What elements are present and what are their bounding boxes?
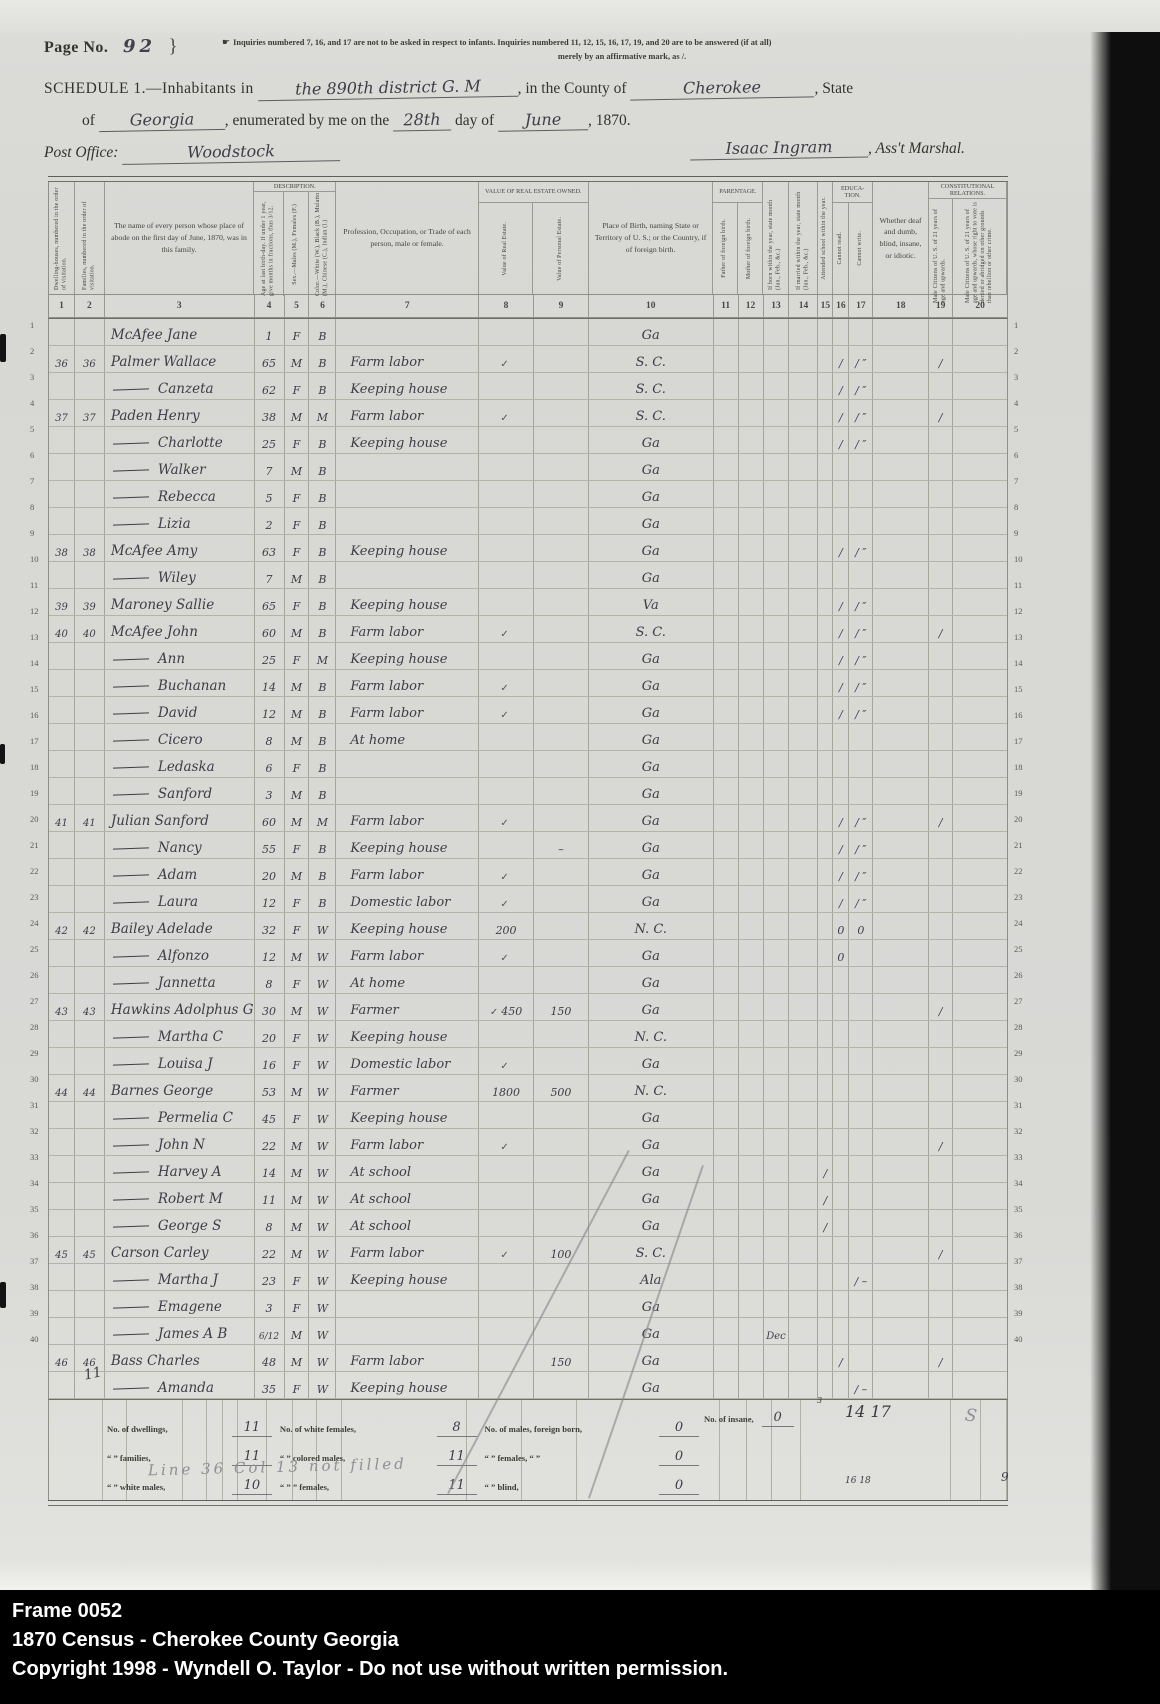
cell-name: Rebecca [105, 481, 255, 507]
right-row-number: 2 [1014, 346, 1018, 356]
cell-school-mark [818, 1372, 833, 1398]
cell-age: 22 [262, 1248, 276, 1261]
cell-name: Ledaska [105, 751, 255, 777]
right-row-number: 24 [1014, 918, 1023, 928]
cell-family-number: 39 [83, 602, 96, 613]
page-number-label: Page No. [44, 39, 108, 56]
cell-age: 20 [262, 870, 276, 883]
cell-cannot-read-mark: / [833, 886, 849, 912]
cell-birthplace: Ga [589, 454, 714, 480]
person-name: Nancy [158, 840, 202, 856]
cell [953, 1318, 1007, 1344]
cell-school-mark [818, 859, 833, 885]
column-number: 12 [739, 295, 764, 317]
column-number: 8 [479, 295, 534, 317]
column-header-5: Sex.—Males (M.), Females (F.) [284, 192, 309, 296]
right-row-number: 30 [1014, 1074, 1023, 1084]
cell-school-mark [818, 427, 833, 453]
cell-family-number [75, 643, 105, 669]
right-row-number: 8 [1014, 502, 1018, 512]
table-row: 3737Paden Henry38MMFarm labor✓S. C.// ″/ [49, 400, 1007, 427]
cell-real-estate: ✓ [479, 859, 534, 885]
cell-cannot-read-mark [833, 967, 849, 993]
cell-personal-estate [534, 589, 589, 615]
cell-cannot-read-mark [833, 1021, 849, 1047]
column-group: VALUE OF REAL ESTATE OWNED.Value of Real… [479, 182, 589, 294]
check-mark: ✓ [500, 1250, 508, 1261]
cell-citizen-mark [929, 778, 953, 804]
cell-dwelling-number [49, 1210, 75, 1236]
cell-cannot-write-mark: / ″ [855, 384, 866, 397]
pointing-hand-icon: ☛ [222, 38, 230, 48]
column-number: 9 [534, 295, 589, 317]
cell-sex: F [293, 762, 301, 775]
occupation-text: Keeping house [350, 598, 447, 613]
cell-family-number [75, 697, 105, 723]
cell-family-number: 37 [75, 400, 105, 426]
cell [714, 994, 739, 1020]
left-row-number: 32 [30, 1126, 39, 1136]
cell-real-estate: ✓ [479, 616, 534, 642]
cell-dwelling-number [49, 1129, 75, 1155]
cell [789, 481, 818, 507]
cell-personal-estate [534, 1102, 589, 1128]
column-header-label: If born within the year, state month (Ja… [768, 186, 783, 290]
left-row-number: 14 [30, 658, 39, 668]
cell-color: W [309, 1048, 336, 1074]
cell-age: 30 [262, 1005, 276, 1018]
cell-age: 38 [262, 411, 276, 424]
cell-birthplace: Ga [642, 1165, 660, 1180]
occupation-text: Keeping house [350, 382, 447, 397]
cell [873, 346, 929, 372]
person-name: George S [158, 1218, 222, 1234]
cell-name: McAfee Jane [105, 319, 255, 345]
cell-birthplace: Ga [589, 778, 714, 804]
cell [873, 832, 929, 858]
cell-cannot-write-mark: / ″ [849, 859, 873, 885]
cell [739, 508, 764, 534]
cell-age: 14 [262, 1167, 276, 1180]
cell-cannot-read-mark [833, 1102, 849, 1128]
cell-school-mark [818, 994, 833, 1020]
cell [739, 589, 764, 615]
cell-cannot-write-mark [849, 319, 873, 345]
cell-sex: F [285, 913, 310, 939]
person-name: Sanford [158, 786, 212, 802]
cell-citizen-mark [929, 913, 953, 939]
cell-birth-month [764, 724, 790, 750]
cell-citizen-mark [929, 859, 953, 885]
occupation-text: Farm labor [350, 814, 423, 829]
cell-sex: F [285, 1048, 310, 1074]
cell-sex: F [285, 886, 310, 912]
cell-occupation: At school [336, 1156, 479, 1182]
cell-sex: F [285, 967, 310, 993]
cell-sex: F [293, 897, 301, 910]
cell [739, 1156, 764, 1182]
left-row-number: 40 [30, 1334, 39, 1344]
cell-cannot-read-mark: / [839, 600, 843, 613]
cell-age: 48 [255, 1345, 285, 1371]
cell-cannot-read-mark: 0 [833, 913, 849, 939]
person-name: Martha C [158, 1029, 223, 1045]
cell-citizen-mark [929, 535, 953, 561]
cell-age: 16 [262, 1059, 276, 1072]
cell-age: 7 [266, 573, 273, 586]
cell [714, 1264, 739, 1290]
cell-cannot-read-mark: 0 [837, 951, 844, 964]
cell-occupation: Keeping house [336, 643, 479, 669]
column-header-11: Father of foreign birth. [713, 203, 738, 294]
cell [873, 1048, 929, 1074]
cell-color: B [309, 346, 336, 372]
cell-school-mark [818, 1075, 833, 1101]
person-name: Palmer Wallace [111, 354, 216, 370]
cell-personal-estate [534, 454, 589, 480]
cell-occupation: Farm labor [336, 670, 479, 696]
cell-family-number: 38 [75, 535, 105, 561]
cell [714, 832, 739, 858]
cell [873, 427, 929, 453]
tally-pencil-mark: 14 17 [845, 1402, 891, 1421]
cell-birthplace: N. C. [635, 1084, 667, 1099]
cell-dwelling-number [49, 562, 75, 588]
cell-personal-estate [534, 913, 589, 939]
cell-family-number: 37 [83, 413, 96, 424]
schedule-prefix: SCHEDULE 1.—Inhabitants in [44, 80, 254, 97]
cell [714, 778, 739, 804]
cell [953, 373, 1007, 399]
table-row: Nancy55FBKeeping house–Ga// ″ [49, 832, 1007, 859]
inquiries-note-line1: Inquiries numbered 7, 16, and 17 are not… [233, 38, 771, 47]
cell-color: W [317, 1356, 328, 1369]
cell [714, 1102, 739, 1128]
cell-sex: F [293, 1113, 301, 1126]
cell-real-estate [479, 1156, 534, 1182]
ditto-dash [113, 982, 149, 984]
cell-dwelling-number: 40 [55, 629, 68, 640]
scan-edge-artifact [0, 744, 5, 764]
cell-sex: F [293, 384, 301, 397]
cell-cannot-read-mark: / [839, 708, 843, 721]
cell-cannot-write-mark: / ″ [855, 411, 866, 424]
ditto-dash [113, 658, 149, 660]
cell-cannot-write-mark [849, 751, 873, 777]
column-header-16: Cannot read. [833, 203, 849, 294]
cell [739, 535, 764, 561]
cell [953, 724, 1007, 750]
cell-cannot-read-mark [833, 1210, 849, 1236]
cell-citizen-mark: / [939, 357, 943, 370]
person-name: Alfonzo [158, 948, 209, 964]
cell-personal-estate: – [534, 832, 589, 858]
cell-family-number: 36 [75, 346, 105, 372]
cell-birthplace: N. C. [589, 1021, 714, 1047]
cell-age: 23 [262, 1275, 276, 1288]
table-row: Charlotte25FBKeeping houseGa// ″ [49, 427, 1007, 454]
cell-dwelling-number: 41 [55, 818, 68, 829]
cell-sex: F [285, 481, 310, 507]
right-row-number: 5 [1014, 424, 1018, 434]
cell-occupation: At home [336, 724, 479, 750]
right-row-number: 31 [1014, 1100, 1023, 1110]
ditto-dash [113, 1279, 149, 1281]
cell-school-mark [818, 1291, 833, 1317]
occupation-text: Keeping house [350, 652, 447, 667]
cell-personal-estate [534, 859, 589, 885]
table-row: Laura12FBDomestic labor✓Ga// ″ [49, 886, 1007, 913]
cell-cannot-write-mark [849, 1129, 873, 1155]
cell-dwelling-number [49, 427, 75, 453]
column-header-label: If married within the year, state month … [796, 186, 811, 290]
right-row-number: 25 [1014, 944, 1023, 954]
cell-personal-estate [534, 1048, 589, 1074]
cell [953, 1102, 1007, 1128]
cell-cannot-read-mark: / [839, 546, 843, 559]
ditto-dash [113, 1387, 149, 1389]
cell-cannot-read-mark: / [833, 346, 849, 372]
cell-color: W [317, 1113, 328, 1126]
column-group-label: VALUE OF REAL ESTATE OWNED. [479, 182, 588, 203]
footer-cell [981, 1400, 1007, 1500]
cell-personal-estate [534, 643, 589, 669]
cell [873, 994, 929, 1020]
cell [873, 643, 929, 669]
cell-cannot-write-mark: / ″ [855, 438, 866, 451]
cell [953, 562, 1007, 588]
cell-personal-estate: – [558, 843, 564, 856]
cell-birth-month [764, 535, 790, 561]
ditto-dash [113, 1036, 149, 1038]
cell-sex: M [291, 411, 302, 424]
caption-bar: Frame 0052 1870 Census - Cherokee County… [0, 1590, 1160, 1704]
cell-color: W [317, 1221, 328, 1234]
cell [789, 1372, 818, 1398]
cell-dwelling-number: 42 [55, 926, 68, 937]
cell-color: W [317, 1167, 328, 1180]
cell-cannot-read-mark: / [833, 832, 849, 858]
cell [789, 1183, 818, 1209]
column-group: EDUCA-TION.Cannot read.Cannot write. [833, 182, 873, 294]
cell-name: Wiley [105, 562, 255, 588]
person-name: Emagene [158, 1299, 222, 1315]
tally-pencil-mark: 9 [1001, 1470, 1009, 1484]
cell [873, 1237, 929, 1263]
cell-cannot-read-mark: / [839, 654, 843, 667]
cell-age: 3 [266, 1302, 273, 1315]
cell-birthplace: N. C. [635, 922, 667, 937]
cell-age: 8 [266, 735, 273, 748]
table-row: McAfee Jane1FBGa [49, 319, 1007, 346]
cell-dwelling-number: 36 [55, 359, 68, 370]
cell [873, 535, 929, 561]
cell-birthplace: S. C. [589, 400, 714, 426]
cell-color: M [309, 400, 336, 426]
occupation-text: Farmer [350, 1003, 398, 1018]
cell-birth-month [764, 1129, 790, 1155]
cell-sex: M [285, 1183, 310, 1209]
cell-birth-month [764, 508, 790, 534]
cell-real-estate [479, 562, 534, 588]
cell-color: B [309, 427, 336, 453]
cell-cannot-read-mark [833, 1372, 849, 1398]
cell-school-mark [818, 1129, 833, 1155]
cell [739, 481, 764, 507]
cell-dwelling-number [49, 778, 75, 804]
cell-cannot-read-mark: / [833, 859, 849, 885]
cell-cannot-read-mark [833, 994, 849, 1020]
tally-value: 0 [659, 1449, 699, 1466]
cell-color: W [309, 1345, 336, 1371]
cell-sex: F [285, 427, 310, 453]
cell-school-mark [818, 724, 833, 750]
table-row: Jannetta8FWAt homeGa [49, 967, 1007, 994]
column-header-8: Value of Real Estate. [479, 203, 534, 294]
cell-age: 60 [255, 805, 285, 831]
person-name: Buchanan [158, 678, 226, 694]
left-row-number: 16 [30, 710, 39, 720]
cell-cannot-write-mark: / ″ [849, 535, 873, 561]
cell-family-number [75, 481, 105, 507]
cell-sex: M [285, 1075, 310, 1101]
cell [714, 859, 739, 885]
cell-citizen-mark [929, 1075, 953, 1101]
cell-cannot-read-mark: / [833, 616, 849, 642]
cell-color: W [309, 1264, 336, 1290]
cell [789, 535, 818, 561]
occupation-text: Keeping house [350, 841, 447, 856]
cell-dwelling-number [49, 1021, 75, 1047]
cell [714, 940, 739, 966]
cell-birthplace: Ga [589, 535, 714, 561]
cell-dwelling-number [49, 1264, 75, 1290]
left-row-number: 39 [30, 1308, 39, 1318]
cell-age: 32 [255, 913, 285, 939]
real-estate-value: 1800 [492, 1086, 520, 1099]
cell-color: W [309, 913, 336, 939]
cell-dwelling-number: 39 [49, 589, 75, 615]
occupation-text: At home [350, 733, 405, 748]
table-row: Martha C20FWKeeping houseN. C. [49, 1021, 1007, 1048]
cell-sex: M [291, 1005, 302, 1018]
cell [953, 670, 1007, 696]
occupation-text: Farm labor [350, 949, 423, 964]
cell-birthplace: Ga [589, 1210, 714, 1236]
table-header: Dwelling-houses, numbered in the order o… [48, 182, 1008, 294]
cell-personal-estate [534, 1210, 589, 1236]
person-name: McAfee Amy [111, 543, 197, 559]
cell-personal-estate [534, 1129, 589, 1155]
cell-sex: M [291, 735, 302, 748]
column-header-label: Value of Real Estate. [502, 222, 509, 276]
cell-color: M [317, 654, 328, 667]
right-row-number: 26 [1014, 970, 1023, 980]
marshal-title: , Ass't Marshal. [868, 140, 965, 157]
right-row-number: 4 [1014, 398, 1018, 408]
cell [714, 1318, 739, 1344]
cell-dwelling-number [49, 1372, 75, 1398]
tally-label: “ ” ” females, [280, 1482, 429, 1495]
cell-cannot-read-mark [833, 508, 849, 534]
cell-school-mark: / [824, 1194, 828, 1207]
cell-birth-month [764, 616, 790, 642]
cell-cannot-write-mark: / ″ [849, 697, 873, 723]
cell-age: 12 [262, 951, 276, 964]
cell [789, 805, 818, 831]
cell-cannot-read-mark [833, 1075, 849, 1101]
cell-occupation: Farm labor [336, 1237, 479, 1263]
column-number: 14 [789, 295, 818, 317]
cell-color: W [309, 1156, 336, 1182]
cell-school-mark [818, 1021, 833, 1047]
cell-family-number [75, 373, 105, 399]
cell-citizen-mark: / [929, 1345, 953, 1371]
table-row: Adam20MBFarm labor✓Ga// ″ [49, 859, 1007, 886]
cell-dwelling-number: 37 [49, 400, 75, 426]
left-row-number: 28 [30, 1022, 39, 1032]
cell-personal-estate: 150 [534, 994, 589, 1020]
cell-family-number: 42 [75, 913, 105, 939]
cell [739, 778, 764, 804]
cell [789, 967, 818, 993]
cell-family-number [75, 1102, 105, 1128]
cell [953, 1237, 1007, 1263]
cell-birth-month: Dec [766, 1331, 786, 1342]
cell-name: Maroney Sallie [105, 589, 255, 615]
cell-occupation: At school [336, 1210, 479, 1236]
cell-personal-estate [534, 886, 589, 912]
person-name: Cicero [158, 732, 203, 748]
right-row-number: 28 [1014, 1022, 1023, 1032]
cell-birthplace: Ga [642, 1354, 660, 1369]
cell-dwelling-number [49, 670, 75, 696]
cell-cannot-write-mark [849, 1183, 873, 1209]
cell [739, 373, 764, 399]
cell [873, 1183, 929, 1209]
cell [789, 832, 818, 858]
cell [714, 427, 739, 453]
cell [953, 1372, 1007, 1398]
cell [739, 1075, 764, 1101]
cell-dwelling-number [49, 967, 75, 993]
cell [789, 724, 818, 750]
cell-real-estate: 1800 [479, 1075, 534, 1101]
cell-color: B [309, 886, 336, 912]
cell-occupation [336, 778, 479, 804]
tally-label: No. of males, foreign born, [485, 1424, 651, 1437]
cell-age: 8 [255, 967, 285, 993]
person-name: Lizia [158, 516, 191, 532]
cell-real-estate: ✓ [479, 886, 534, 912]
cell-sex: M [291, 573, 302, 586]
cell-name: Robert M [105, 1183, 255, 1209]
cell-color: B [309, 778, 336, 804]
cell-sex: M [291, 1221, 302, 1234]
cell [714, 616, 739, 642]
cell [714, 589, 739, 615]
cell-name: John N [105, 1129, 255, 1155]
cell-cannot-read-mark [833, 319, 849, 345]
ditto-dash [113, 1171, 149, 1173]
cell-age: 11 [255, 1183, 285, 1209]
cell-family-number: 43 [75, 994, 105, 1020]
cell-birth-month [764, 1102, 790, 1128]
cell-age: 23 [255, 1264, 285, 1290]
cell [714, 1210, 739, 1236]
cell-personal-estate: 500 [550, 1086, 571, 1099]
cell-birth-month [764, 1075, 790, 1101]
